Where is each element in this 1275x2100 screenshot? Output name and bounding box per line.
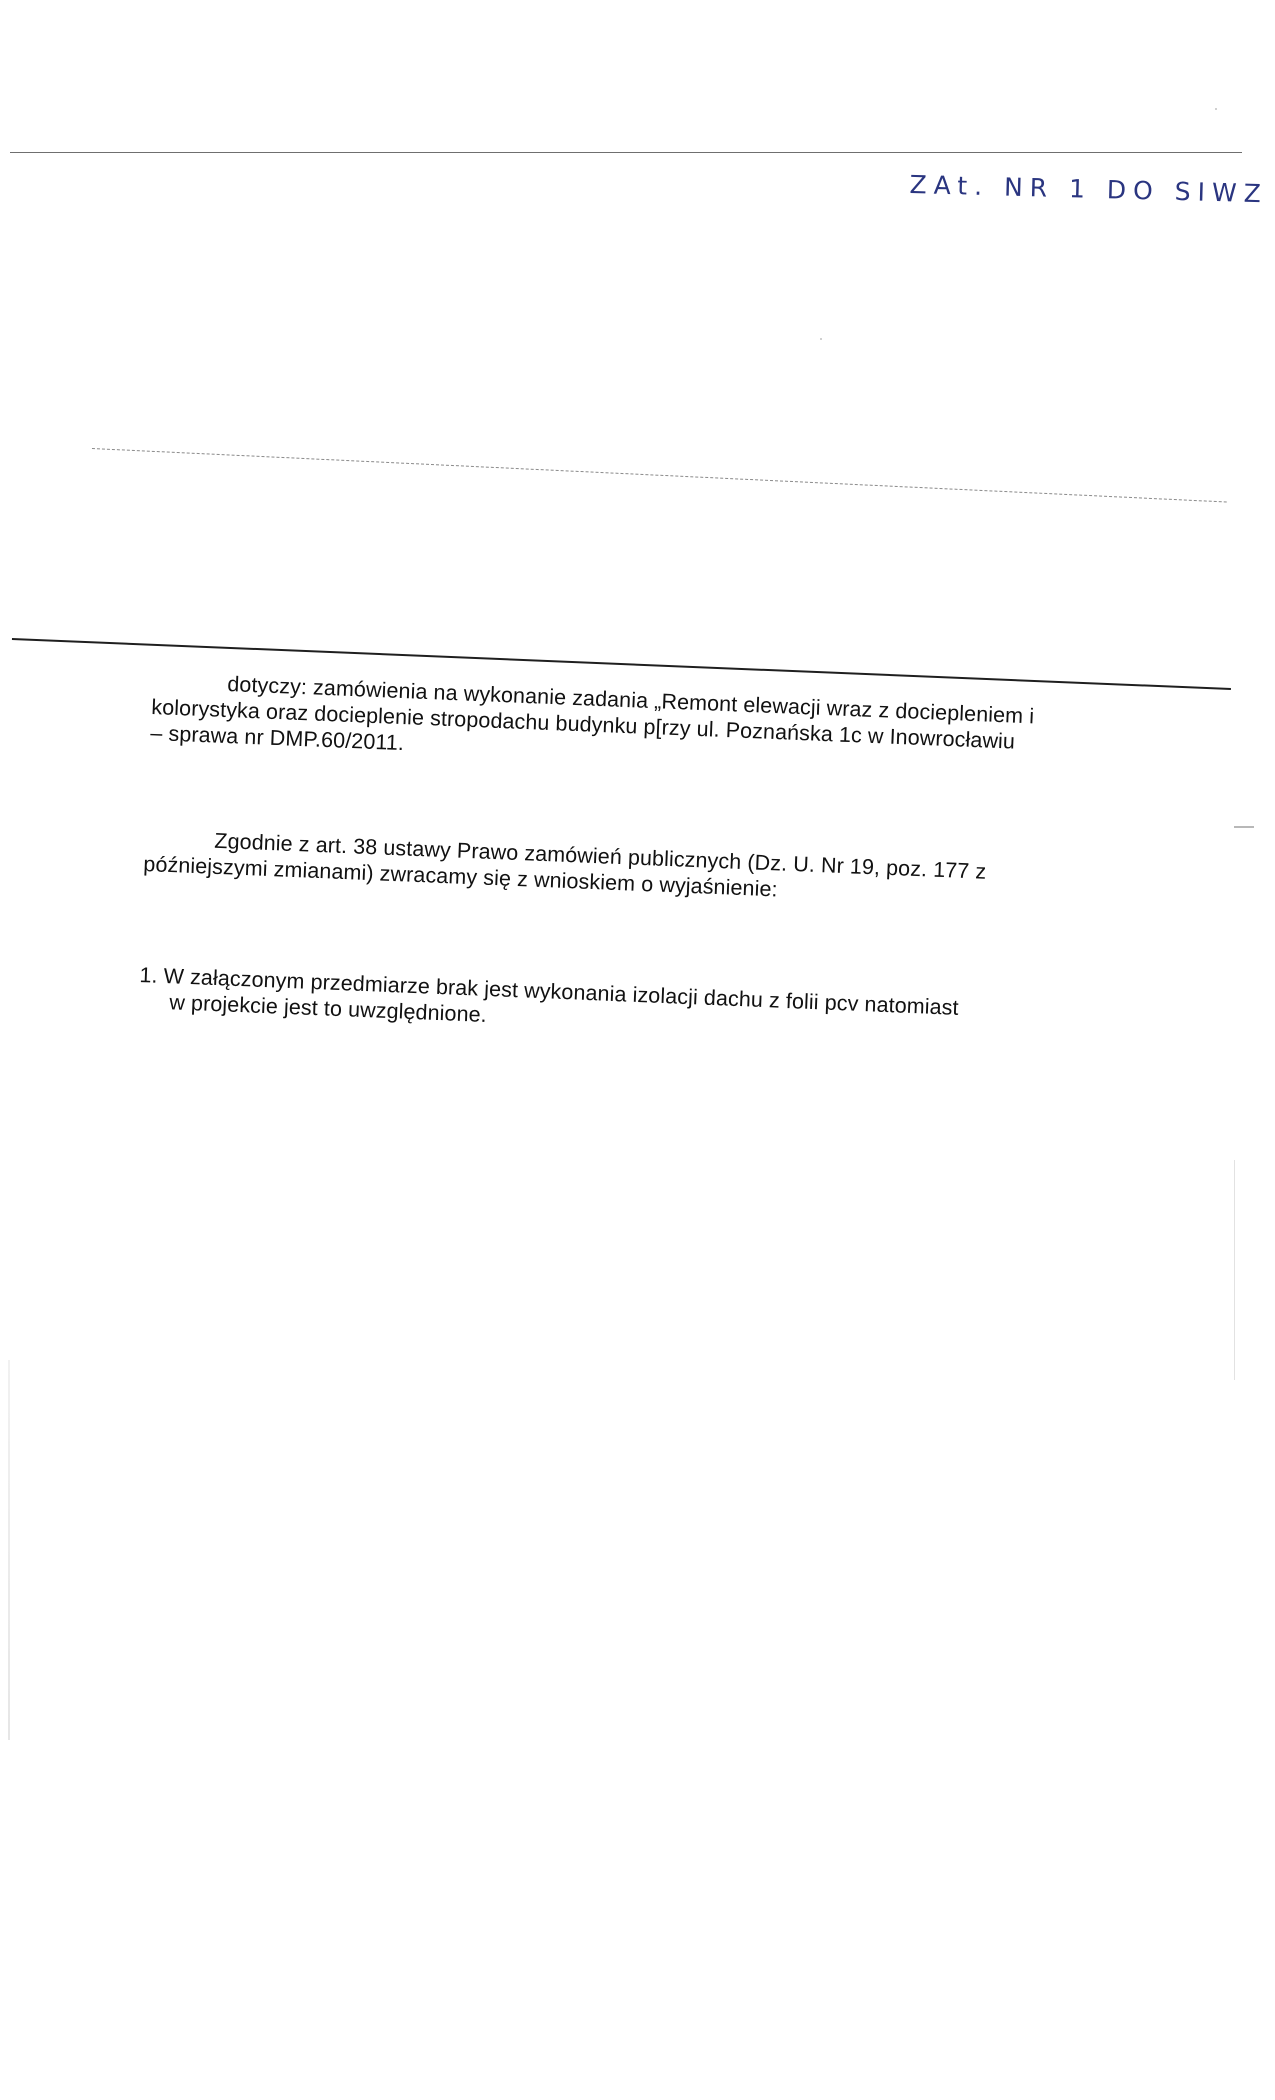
- handwritten-annotation: ZAt. NR 1 DO SIWZ: [909, 170, 1268, 208]
- question-number: 1.: [139, 963, 158, 988]
- scan-speck: [820, 338, 822, 340]
- scan-edge-shadow-left: [8, 1360, 10, 1740]
- scan-speck: [1215, 108, 1217, 110]
- subject-paragraph: dotyczy: zamówienia na wykonanie zadania…: [150, 668, 1035, 781]
- horizontal-rule-top: [10, 152, 1242, 153]
- scanned-page: ZAt. NR 1 DO SIWZ dotyczy: zamówienia na…: [0, 0, 1275, 2100]
- horizontal-rule-middle: [92, 448, 1227, 503]
- question-item: 1. W załączonym przedmiarze brak jest wy…: [138, 962, 959, 1047]
- intro-paragraph: Zgodnie z art. 38 ustawy Prawo zamówień …: [143, 825, 987, 911]
- scan-edge-shadow-right: [1234, 1160, 1235, 1380]
- scan-edge-mark: [1234, 826, 1254, 828]
